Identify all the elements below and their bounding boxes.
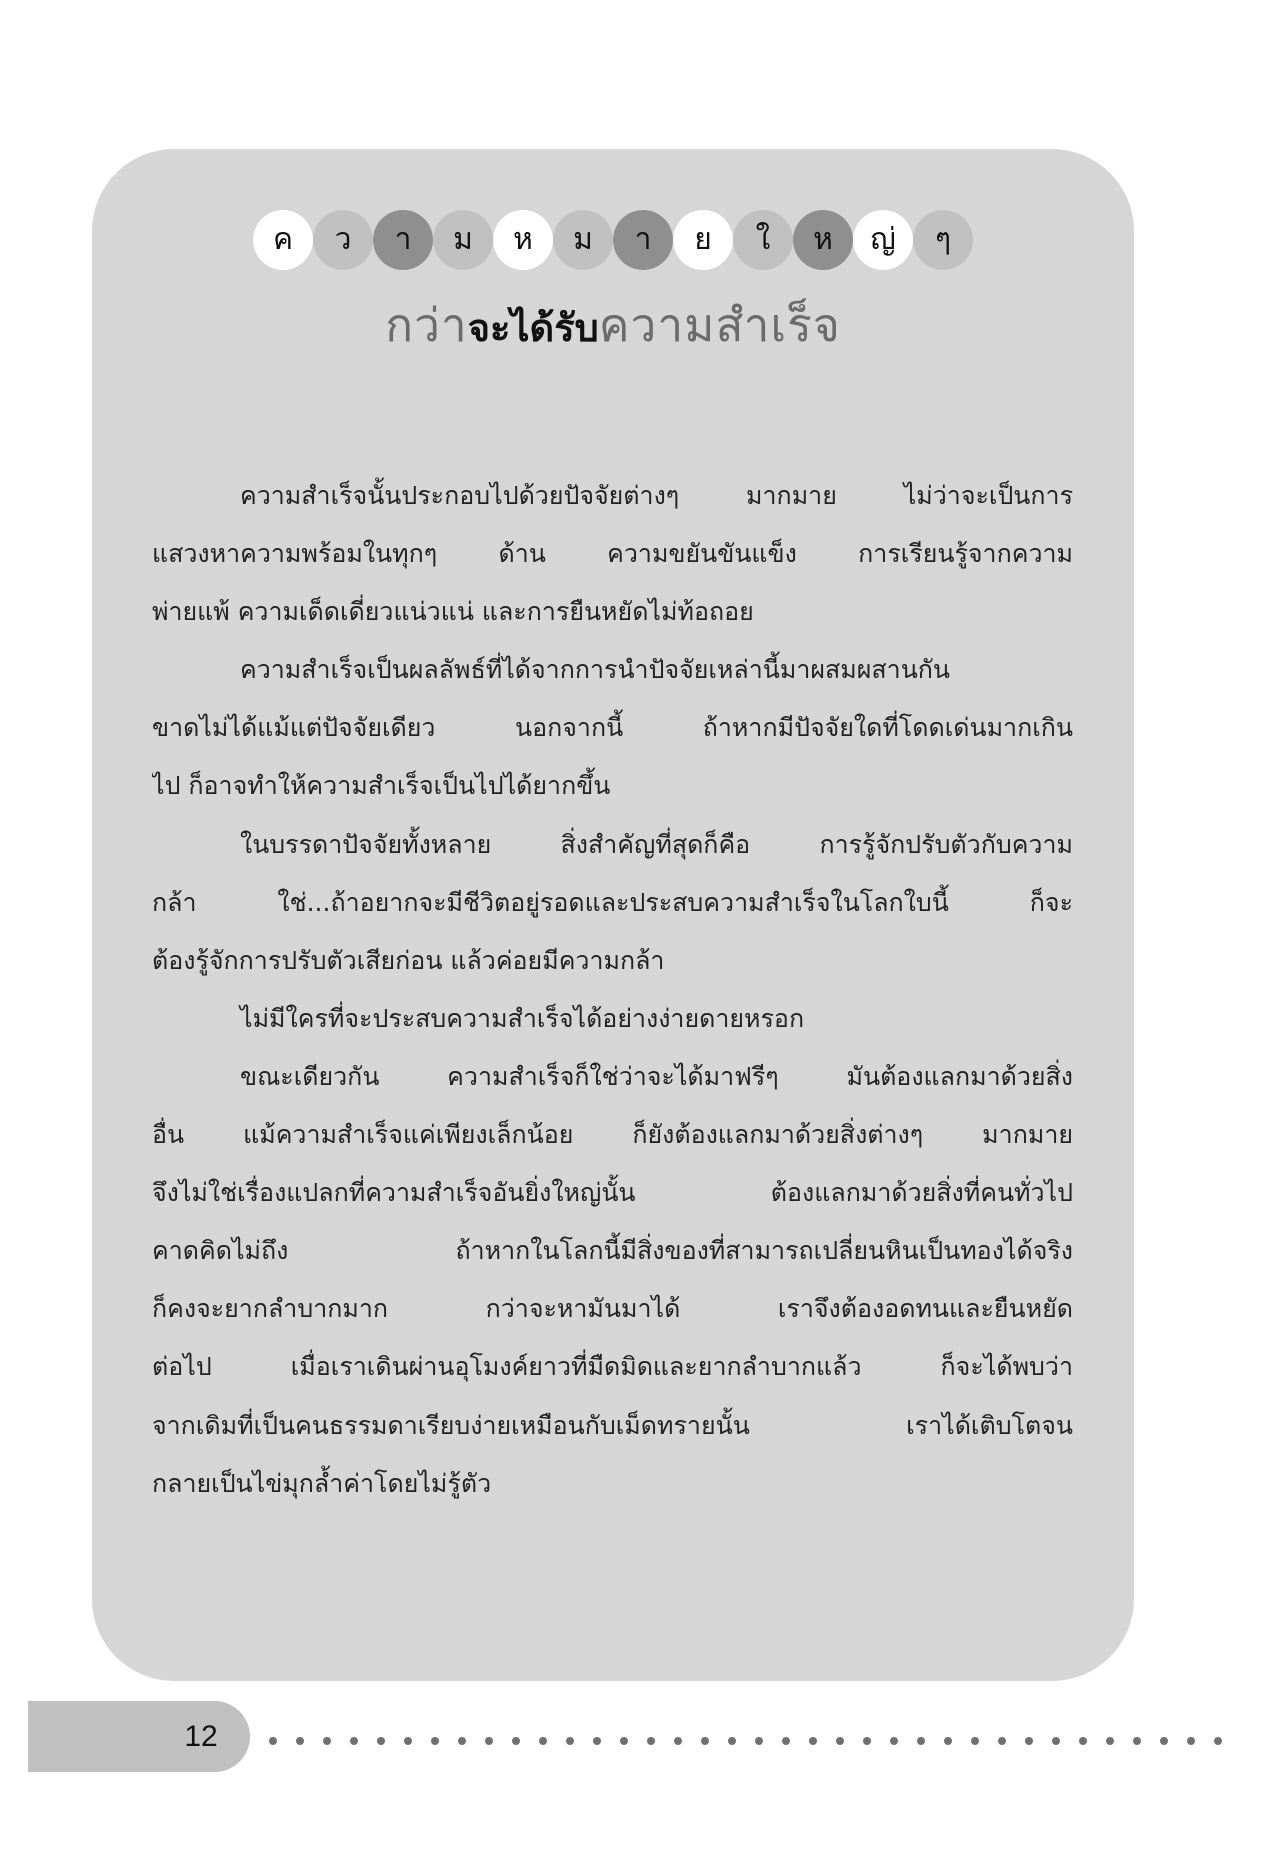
leader-dot — [404, 1737, 412, 1745]
paragraph-line: คาดคิดไม่ถึง ถ้าหากในโลกนี้มีสิ่งของที่ส… — [152, 1231, 1073, 1289]
body-text: ความสำเร็จนั้นประกอบไปด้วยปัจจัยต่างๆ มา… — [152, 476, 1073, 1522]
leader-dot — [1025, 1737, 1033, 1745]
paragraph-line: ไม่มีใครที่จะประสบความสำเร็จได้อย่างง่าย… — [152, 999, 1073, 1057]
subtitle-part-2: จะได้รับ — [468, 306, 599, 350]
title-letter-circles: ความหมายใหญ่ๆ — [253, 210, 973, 270]
paragraph-line: ความสำเร็จนั้นประกอบไปด้วยปัจจัยต่างๆ มา… — [152, 476, 1073, 534]
leader-dot — [1079, 1737, 1087, 1745]
leader-dot — [458, 1737, 466, 1745]
leader-dot — [674, 1737, 682, 1745]
page-number: 12 — [153, 1701, 249, 1772]
paragraph-line: ขณะเดียวกัน ความสำเร็จก็ใช่ว่าจะได้มาฟรี… — [152, 1057, 1073, 1115]
leader-dot — [620, 1737, 628, 1745]
leader-dot — [917, 1737, 925, 1745]
title-letter-circle: ๆ — [913, 210, 973, 270]
leader-dot — [1106, 1737, 1114, 1745]
paragraph-line: จากเดิมที่เป็นคนธรรมดาเรียบง่ายเหมือนกับ… — [152, 1406, 1073, 1464]
leader-dot — [1133, 1737, 1141, 1745]
leader-dot — [701, 1737, 709, 1745]
leader-dot — [971, 1737, 979, 1745]
paragraph-line: ก็คงจะยากลำบากมาก กว่าจะหามันมาได้ เราจึ… — [152, 1289, 1073, 1347]
leader-dot — [647, 1737, 655, 1745]
title-letter-circle: ญ่ — [853, 210, 913, 270]
paragraph-line: ไป ก็อาจทำให้ความสำเร็จเป็นไปได้ยากขึ้น — [152, 766, 1073, 824]
leader-dot — [944, 1737, 952, 1745]
leader-dot — [1052, 1737, 1060, 1745]
paragraph-line: กล้า ใช่...ถ้าอยากจะมีชีวิตอยู่รอดและประ… — [152, 883, 1073, 941]
paragraph-line: ต่อไป เมื่อเราเดินผ่านอุโมงค์ยาวที่มืดมิ… — [152, 1347, 1073, 1405]
title-letter-circle: า — [613, 210, 673, 270]
leader-dot — [431, 1737, 439, 1745]
leader-dot — [998, 1737, 1006, 1745]
paragraph-line: อื่น แม้ความสำเร็จแค่เพียงเล็กน้อย ก็ยัง… — [152, 1115, 1073, 1173]
title-letter-circle: ม — [553, 210, 613, 270]
leader-dot — [755, 1737, 763, 1745]
subtitle-part-3: ความสำเร็จ — [599, 298, 841, 352]
dotted-leader — [269, 1737, 1241, 1745]
paragraph-line: จึงไม่ใช่เรื่องแปลกที่ความสำเร็จอันยิ่งใ… — [152, 1173, 1073, 1231]
title-letter-circle: า — [373, 210, 433, 270]
paragraph-line: ในบรรดาปัจจัยทั้งหลาย สิ่งสำคัญที่สุดก็ค… — [152, 825, 1073, 883]
paragraph-line: พ่ายแพ้ ความเด็ดเดี่ยวแน่วแน่ และการยืนห… — [152, 592, 1073, 650]
page-number-tab: 12 — [28, 1701, 250, 1772]
leader-dot — [890, 1737, 898, 1745]
paragraph-line: ความสำเร็จเป็นผลลัพธ์ที่ได้จากการนำปัจจั… — [152, 650, 1073, 708]
leader-dot — [1214, 1737, 1222, 1745]
title-letter-circle: ห — [793, 210, 853, 270]
leader-dot — [1187, 1737, 1195, 1745]
leader-dot — [296, 1737, 304, 1745]
leader-dot — [539, 1737, 547, 1745]
leader-dot — [377, 1737, 385, 1745]
leader-dot — [512, 1737, 520, 1745]
title-letter-circle: ว — [313, 210, 373, 270]
leader-dot — [809, 1737, 817, 1745]
paragraph-line: กลายเป็นไข่มุกล้ำค่าโดยไม่รู้ตัว — [152, 1464, 1073, 1522]
title-letter-circle: ย — [673, 210, 733, 270]
paragraph-line: ขาดไม่ได้แม้แต่ปัจจัยเดียว นอกจากนี้ ถ้า… — [152, 708, 1073, 766]
paragraph-line: แสวงหาความพร้อมในทุกๆ ด้าน ความขยันขันแข… — [152, 534, 1073, 592]
title-letter-circle: ห — [493, 210, 553, 270]
leader-dot — [566, 1737, 574, 1745]
leader-dot — [836, 1737, 844, 1745]
leader-dot — [863, 1737, 871, 1745]
leader-dot — [269, 1737, 277, 1745]
leader-dot — [593, 1737, 601, 1745]
leader-dot — [485, 1737, 493, 1745]
leader-dot — [350, 1737, 358, 1745]
title-letter-circle: ค — [253, 210, 313, 270]
leader-dot — [782, 1737, 790, 1745]
title-letter-circle: ใ — [733, 210, 793, 270]
title-letter-circle: ม — [433, 210, 493, 270]
leader-dot — [728, 1737, 736, 1745]
subtitle-part-1: กว่า — [385, 298, 468, 352]
leader-dot — [1160, 1737, 1168, 1745]
subtitle: กว่าจะได้รับความสำเร็จ — [92, 290, 1134, 360]
leader-dot — [323, 1737, 331, 1745]
paragraph-line: ต้องรู้จักการปรับตัวเสียก่อน แล้วค่อยมีค… — [152, 941, 1073, 999]
